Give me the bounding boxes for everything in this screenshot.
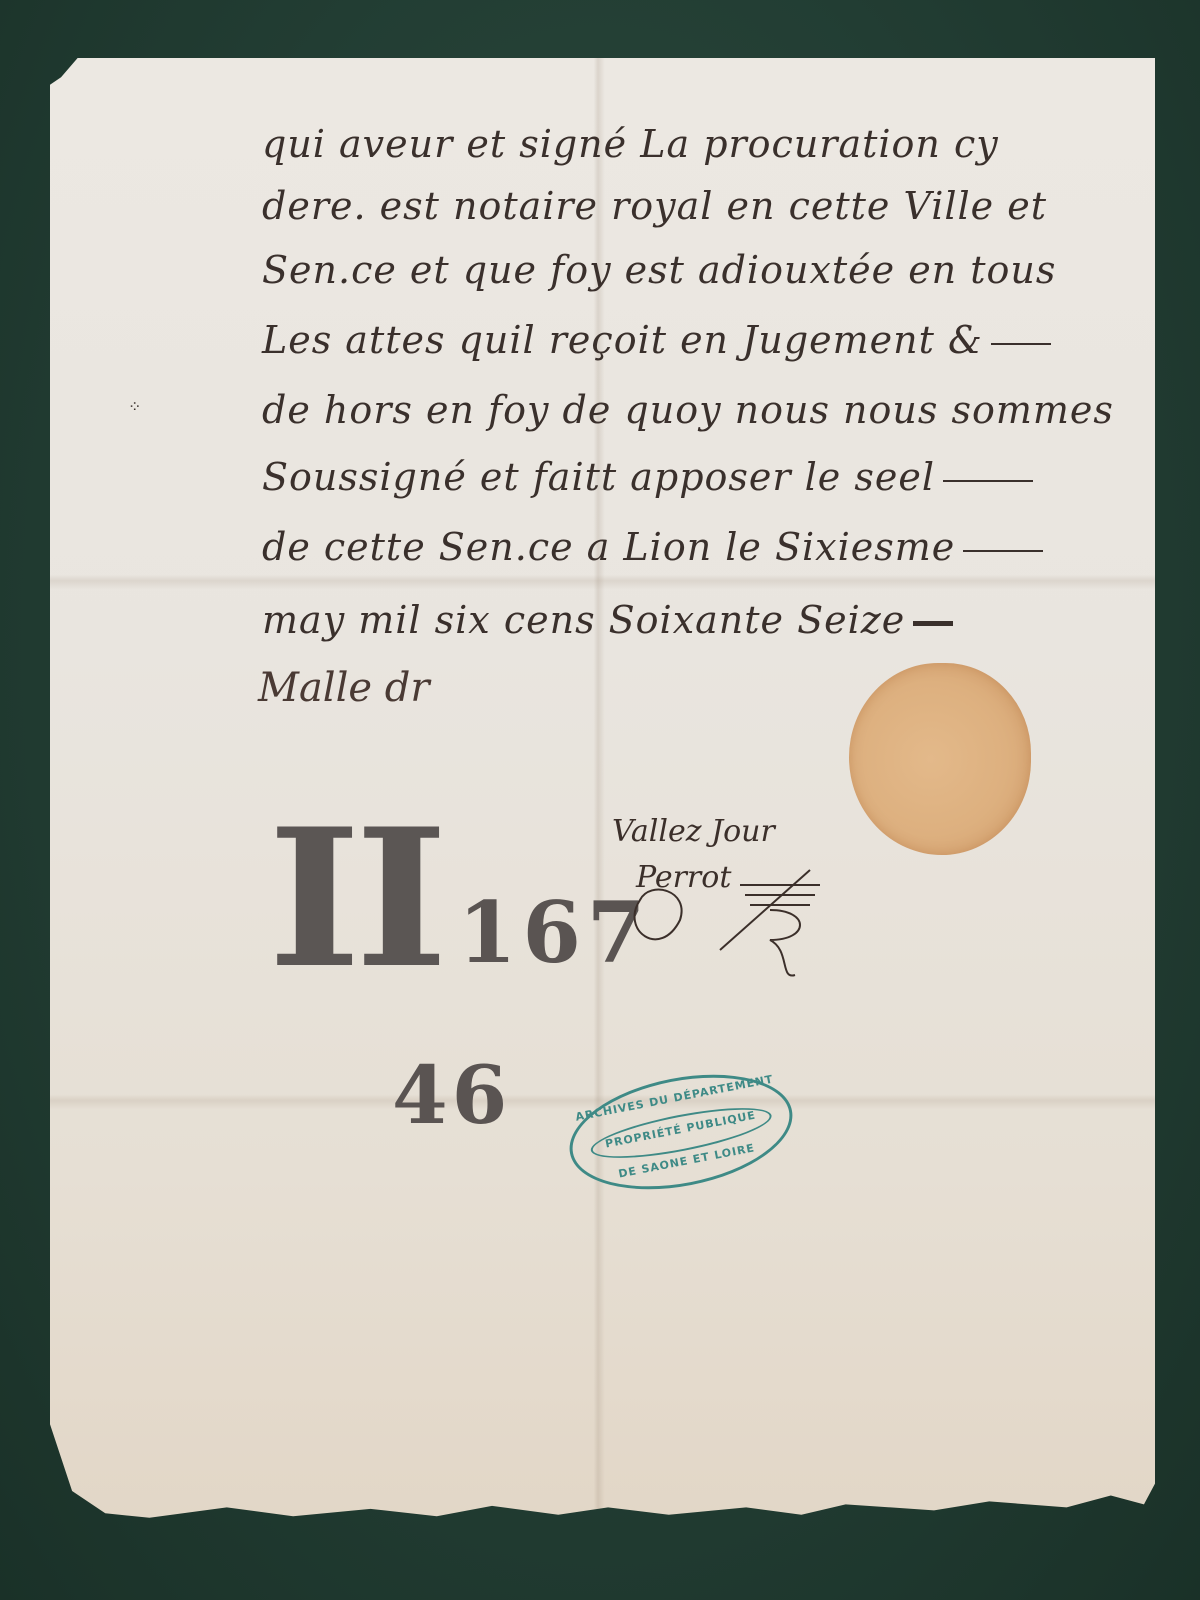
text-line-5-content: de hors en foy de quoy nous nous sommes	[262, 388, 1114, 432]
text-line-1-content: qui aveur et signé La procuration cy	[262, 122, 999, 166]
margin-ink-mark: ⁘	[128, 397, 141, 416]
line-filler-dash	[913, 621, 953, 626]
archive-number-secondary: 46	[392, 1055, 511, 1135]
text-line-8: may mil six cens Soixante Seize	[262, 598, 953, 642]
text-line-7-content: de cette Sen.ce a Lion le Sixiesme	[262, 525, 955, 569]
text-line-1: qui aveur et signé La procuration cy	[262, 122, 999, 166]
text-line-5: de hors en foy de quoy nous nous sommes	[262, 388, 1114, 432]
signoff-signature: Malle dr	[258, 665, 430, 711]
text-line-7: de cette Sen.ce a Lion le Sixiesme	[262, 525, 1043, 569]
text-line-3: Sen.ce et que foy est adiouxtée en tous	[262, 248, 1056, 292]
text-line-2: dere. est notaire royal en cette Ville e…	[262, 184, 1047, 228]
line-filler-dash	[963, 550, 1043, 552]
text-line-3-content: Sen.ce et que foy est adiouxtée en tous	[262, 248, 1056, 292]
text-line-6-content: Soussigné et faitt apposer le seel	[262, 455, 935, 499]
archive-roman-numeral: II	[268, 824, 442, 974]
text-line-4-content: Les attes quil reçoit en Jugement &	[262, 318, 983, 362]
line-filler-dash	[943, 480, 1033, 482]
text-line-6: Soussigné et faitt apposer le seel	[262, 455, 1033, 499]
text-line-8-content: may mil six cens Soixante Seize	[262, 598, 905, 642]
signature-flourish-icon	[620, 840, 820, 980]
wax-seal	[849, 663, 1031, 855]
line-filler-dash	[991, 343, 1051, 345]
text-line-4: Les attes quil reçoit en Jugement &	[262, 318, 1051, 362]
text-line-2-content: dere. est notaire royal en cette Ville e…	[262, 184, 1047, 228]
